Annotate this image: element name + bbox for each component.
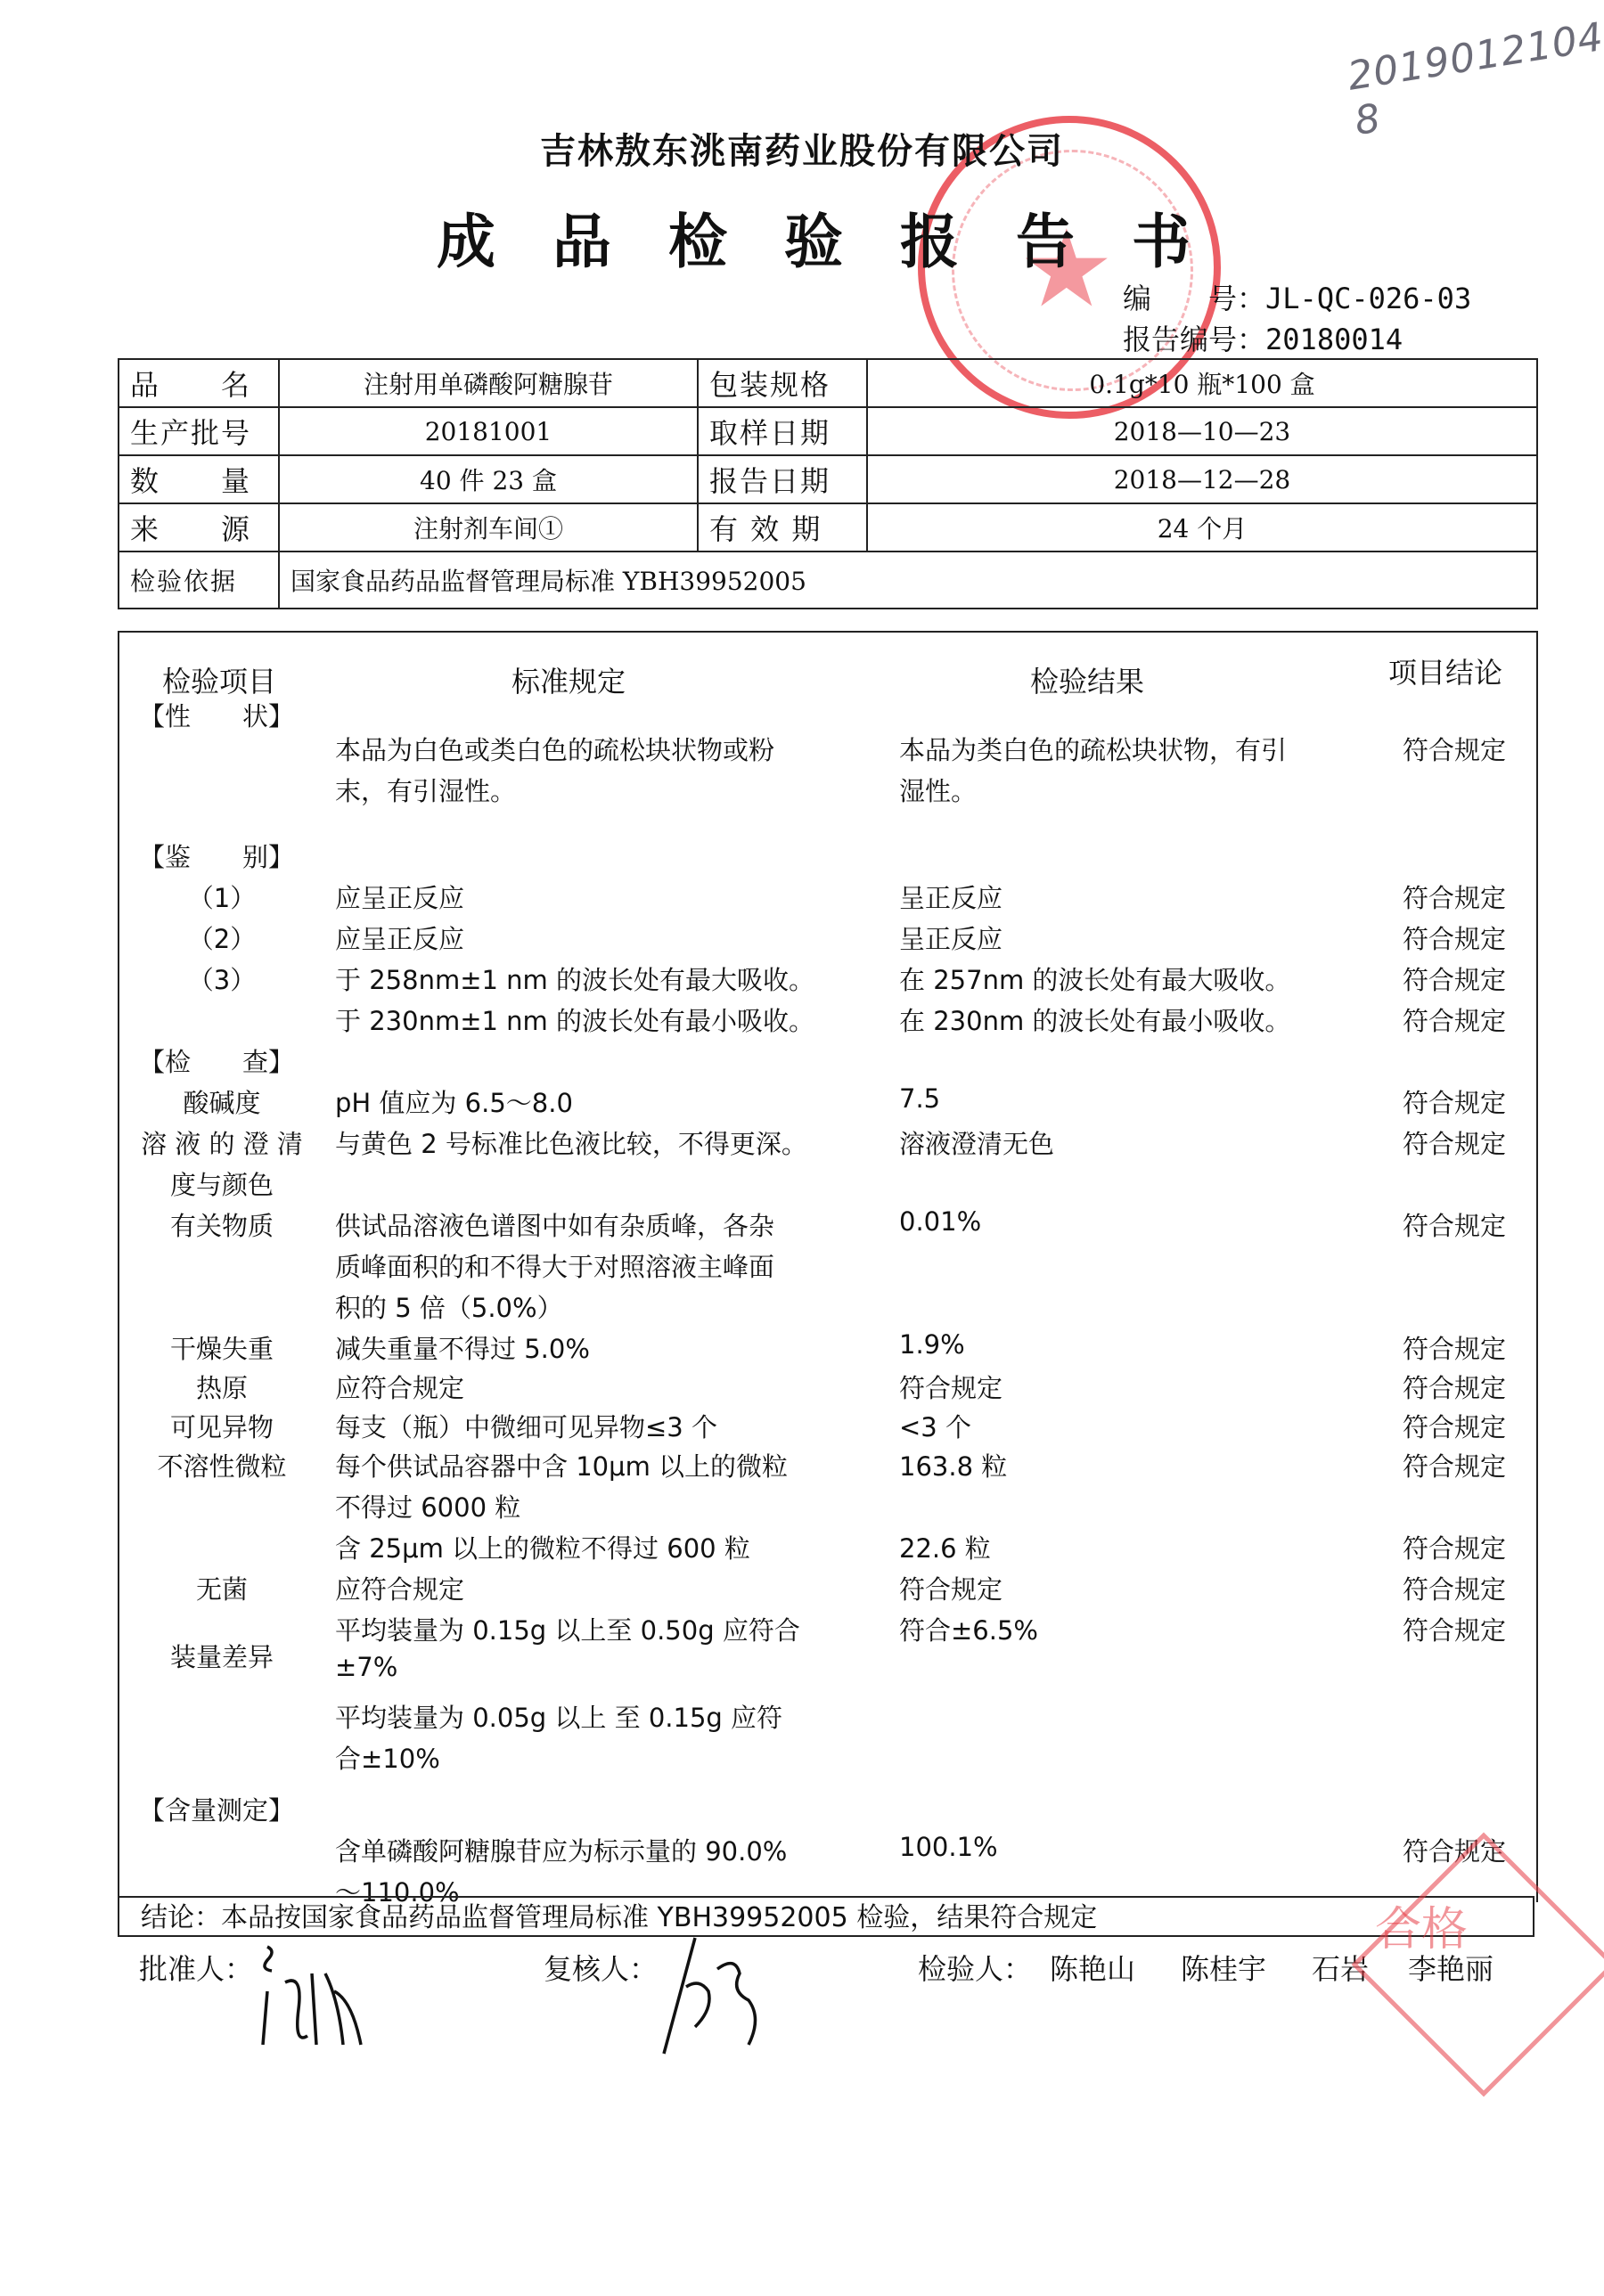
test-result: 在 257nm 的波长处有最大吸收。 [899,960,1290,997]
inspector-name-2: 陈桂宇 [1181,1947,1266,1988]
batch-value: 20181001 [279,407,698,455]
test-results-section: 检验项目 标准规定 检验结果 项目结论 【性 状】本品为白色或类白色的疏松块状物… [118,631,1538,1902]
validity-label: 有 效 期 [698,503,867,552]
test-conclusion: 符合规定 [1403,1206,1506,1243]
package-value: 0.1g*10 瓶*100 盒 [867,359,1537,407]
test-item: 干燥失重 [128,1329,315,1366]
test-standard: 末，有引湿性。 [335,772,516,808]
test-result: 163.8 粒 [899,1447,1007,1483]
test-standard: 应呈正反应 [335,878,464,915]
test-result: 溶液澄清无色 [899,1124,1054,1161]
company-name: 吉林敖东洮南药业股份有限公司 [0,123,1604,174]
info-row-basis: 检验依据 国家食品药品监督管理局标准 YBH39952005 [119,552,1537,609]
overall-conclusion: 结论：本品按国家食品药品监督管理局标准 YBH39952005 检验，结果符合规… [118,1896,1534,1937]
approver-label: 批准人： [139,1947,253,1988]
source-label: 来 源 [119,503,279,552]
report-number-label: 报告编号： [1123,323,1265,356]
approver-signature [250,1938,410,2054]
info-row-source: 来 源 注射剂车间① 有 效 期 24 个月 [119,503,1537,552]
product-name-label: 品 名 [119,359,279,407]
test-standard: 应符合规定 [335,1369,464,1405]
test-result: 符合±6.5% [899,1611,1038,1647]
report-date-value: 2018—12—28 [867,455,1537,503]
test-standard: 平均装量为 0.05g 以上 至 0.15g 应符 [335,1698,782,1735]
test-standard: 于 230nm±1 nm 的波长处有最小吸收。 [335,1001,814,1038]
test-result: 1.9% [899,1329,965,1360]
test-result: 100.1% [899,1832,998,1862]
test-standard: 合±10% [335,1739,440,1776]
test-standard: 于 258nm±1 nm 的波长处有最大吸收。 [335,960,814,997]
test-standard: 平均装量为 0.15g 以上至 0.50g 应符合 [335,1611,800,1647]
test-standard: 供试品溶液色谱图中如有杂质峰，各杂 [335,1206,774,1243]
batch-label: 生产批号 [119,407,279,455]
header-item: 检验项目 [162,659,276,700]
test-standard: 应呈正反应 [335,919,464,956]
test-standard: 不得过 6000 粒 [335,1488,520,1524]
test-result: 符合规定 [899,1570,1002,1606]
section-heading: 【性 状】 [139,697,294,733]
test-conclusion: 符合规定 [1403,960,1506,997]
inspector-label: 检验人： [918,1947,1032,1988]
report-date-label: 报告日期 [698,455,867,503]
test-conclusion: 符合规定 [1403,919,1506,956]
reviewer-label: 复核人： [544,1947,658,1988]
report-number-value: 20180014 [1265,323,1403,356]
test-conclusion: 符合规定 [1403,1329,1506,1366]
test-conclusion: 符合规定 [1403,1611,1506,1647]
package-label: 包装规格 [698,359,867,407]
report-number-line: 报告编号：20180014 [1123,317,1403,358]
basis-value: 国家食品药品监督管理局标准 YBH39952005 [279,552,1537,609]
test-item: （2） [128,919,315,956]
info-row-batch: 生产批号 20181001 取样日期 2018—10—23 [119,407,1537,455]
quantity-value: 40 件 23 盒 [279,455,698,503]
header-result: 检验结果 [1030,659,1144,700]
product-info-table: 品 名 注射用单磷酸阿糖腺苷 包装规格 0.1g*10 瓶*100 盒 生产批号… [118,358,1538,609]
doc-number-line: 编 号：JL-QC-026-03 [1123,276,1471,317]
test-item: 酸碱度 [128,1083,315,1120]
test-standard: 应符合规定 [335,1570,464,1606]
sample-date-label: 取样日期 [698,407,867,455]
test-result: 0.01% [899,1206,981,1237]
section-heading: 【含量测定】 [139,1791,294,1827]
test-standard: 含 25μm 以上的微粒不得过 600 粒 [335,1529,750,1565]
test-standard: ±7% [335,1652,397,1682]
test-conclusion: 符合规定 [1403,1570,1506,1606]
qualified-stamp-text: 合格 [1350,1902,1493,1957]
test-result: 符合规定 [899,1369,1002,1405]
test-standard: 每支（瓶）中微细可见异物≤3 个 [335,1408,717,1444]
test-result: 湿性。 [899,772,977,808]
test-item: （3） [128,960,315,997]
doc-number-label: 编 号： [1123,282,1265,315]
validity-value: 24 个月 [867,503,1537,552]
test-item: 装量差异 [128,1638,315,1674]
test-item: （1） [128,878,315,915]
section-heading: 【鉴 别】 [139,838,294,874]
test-result: 本品为类白色的疏松块状物，有引 [899,731,1287,767]
test-conclusion: 符合规定 [1403,878,1506,915]
product-name-value: 注射用单磷酸阿糖腺苷 [279,359,698,407]
test-conclusion: 符合规定 [1403,731,1506,767]
test-conclusion: 符合规定 [1403,1529,1506,1565]
test-standard: 本品为白色或类白色的疏松块状物或粉 [335,731,774,767]
test-result: <3 个 [899,1408,971,1444]
test-conclusion: 符合规定 [1403,1124,1506,1161]
test-conclusion: 符合规定 [1403,1369,1506,1405]
doc-number-value: JL-QC-026-03 [1265,282,1471,315]
test-item: 可见异物 [128,1408,315,1444]
test-conclusion: 符合规定 [1403,1447,1506,1483]
page-title: 成品检验报告书 [437,194,1248,279]
test-result: 7.5 [899,1083,940,1114]
source-value: 注射剂车间① [279,503,698,552]
test-result: 在 230nm 的波长处有最小吸收。 [899,1001,1290,1038]
header-conclusion: 项目结论 [1388,650,1502,691]
test-standard: pH 值应为 6.5～8.0 [335,1083,573,1120]
test-item: 不溶性微粒 [128,1447,315,1483]
test-result: 呈正反应 [899,878,1002,915]
test-item: 热原 [128,1369,315,1405]
section-heading: 【检 查】 [139,1042,294,1079]
quantity-label: 数 量 [119,455,279,503]
test-item: 无菌 [128,1570,315,1606]
test-standard: 与黄色 2 号标准比色液比较，不得更深。 [335,1124,807,1161]
test-standard: 每个供试品容器中含 10μm 以上的微粒 [335,1447,788,1483]
test-conclusion: 符合规定 [1403,1083,1506,1120]
test-standard: 减失重量不得过 5.0% [335,1329,590,1366]
test-result: 22.6 粒 [899,1529,991,1565]
test-conclusion: 符合规定 [1403,1001,1506,1038]
test-item: 溶 液 的 澄 清 [128,1124,315,1161]
test-standard: 质峰面积的和不得大于对照溶液主峰面 [335,1247,774,1284]
info-row-product: 品 名 注射用单磷酸阿糖腺苷 包装规格 0.1g*10 瓶*100 盒 [119,359,1537,407]
test-conclusion: 符合规定 [1403,1408,1506,1444]
basis-label: 检验依据 [119,552,279,609]
test-item: 有关物质 [128,1206,315,1243]
inspector-name-1: 陈艳山 [1050,1947,1135,1988]
sample-date-value: 2018—10—23 [867,407,1537,455]
test-item: 度与颜色 [128,1165,315,1202]
test-standard: 积的 5 倍（5.0%） [335,1288,563,1325]
info-row-quantity: 数 量 40 件 23 盒 报告日期 2018—12—28 [119,455,1537,503]
reviewer-signature [655,1933,789,2058]
test-standard: 含单磷酸阿糖腺苷应为标示量的 90.0% [335,1832,787,1868]
test-result: 呈正反应 [899,919,1002,956]
header-standard: 标准规定 [511,659,626,700]
